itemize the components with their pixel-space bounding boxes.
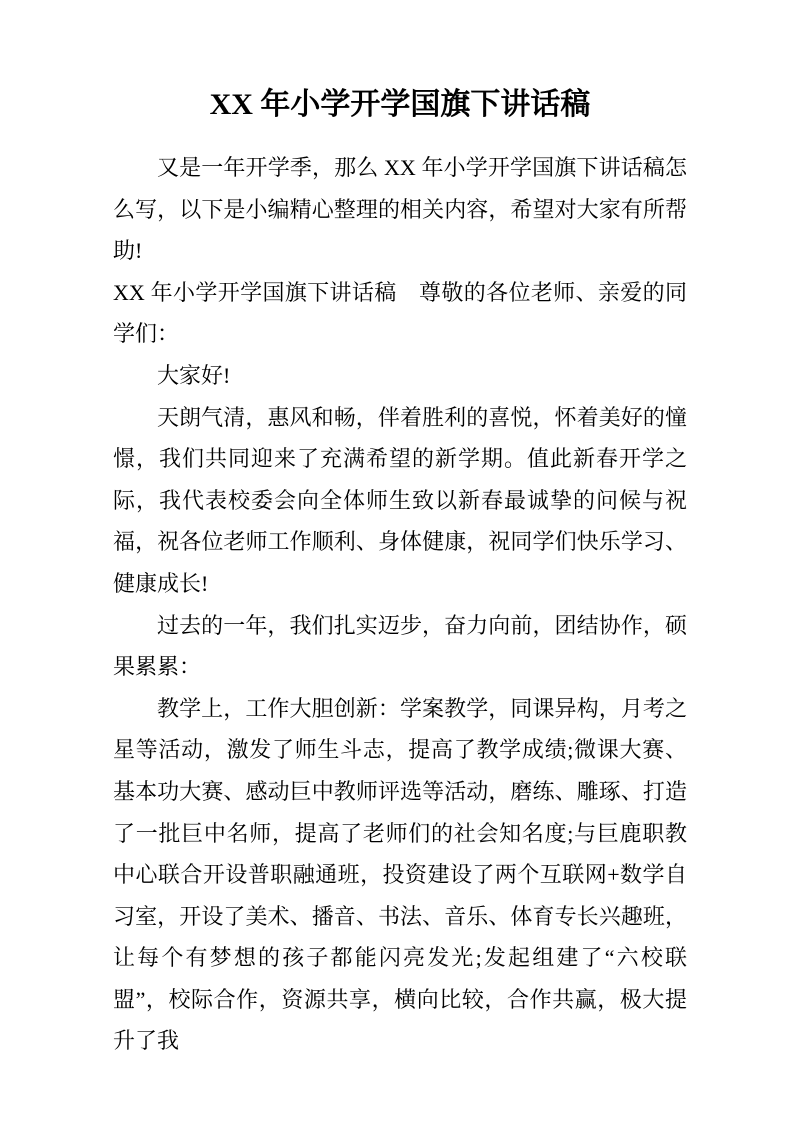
paragraph: 大家好! bbox=[113, 355, 687, 397]
paragraph: XX 年小学开学国旗下讲话稿 尊敬的各位老师、亲爱的同学们： bbox=[113, 272, 687, 355]
paragraph: 天朗气清，惠风和畅，伴着胜利的喜悦，怀着美好的憧憬，我们共同迎来了充满希望的新学… bbox=[113, 397, 687, 605]
paragraph: 又是一年开学季，那么 XX 年小学开学国旗下讲话稿怎么写，以下是小编精心整理的相… bbox=[113, 147, 687, 272]
paragraph: 教学上，工作大胆创新：学案教学，同课异构，月考之星等活动，激发了师生斗志，提高了… bbox=[113, 688, 687, 1062]
document-page: XX 年小学开学国旗下讲话稿 又是一年开学季，那么 XX 年小学开学国旗下讲话稿… bbox=[0, 0, 793, 1122]
paragraph: 过去的一年，我们扎实迈步，奋力向前，团结协作，硕果累累： bbox=[113, 605, 687, 688]
document-title: XX 年小学开学国旗下讲话稿 bbox=[113, 84, 687, 126]
document-body: 又是一年开学季，那么 XX 年小学开学国旗下讲话稿怎么写，以下是小编精心整理的相… bbox=[113, 147, 687, 1062]
